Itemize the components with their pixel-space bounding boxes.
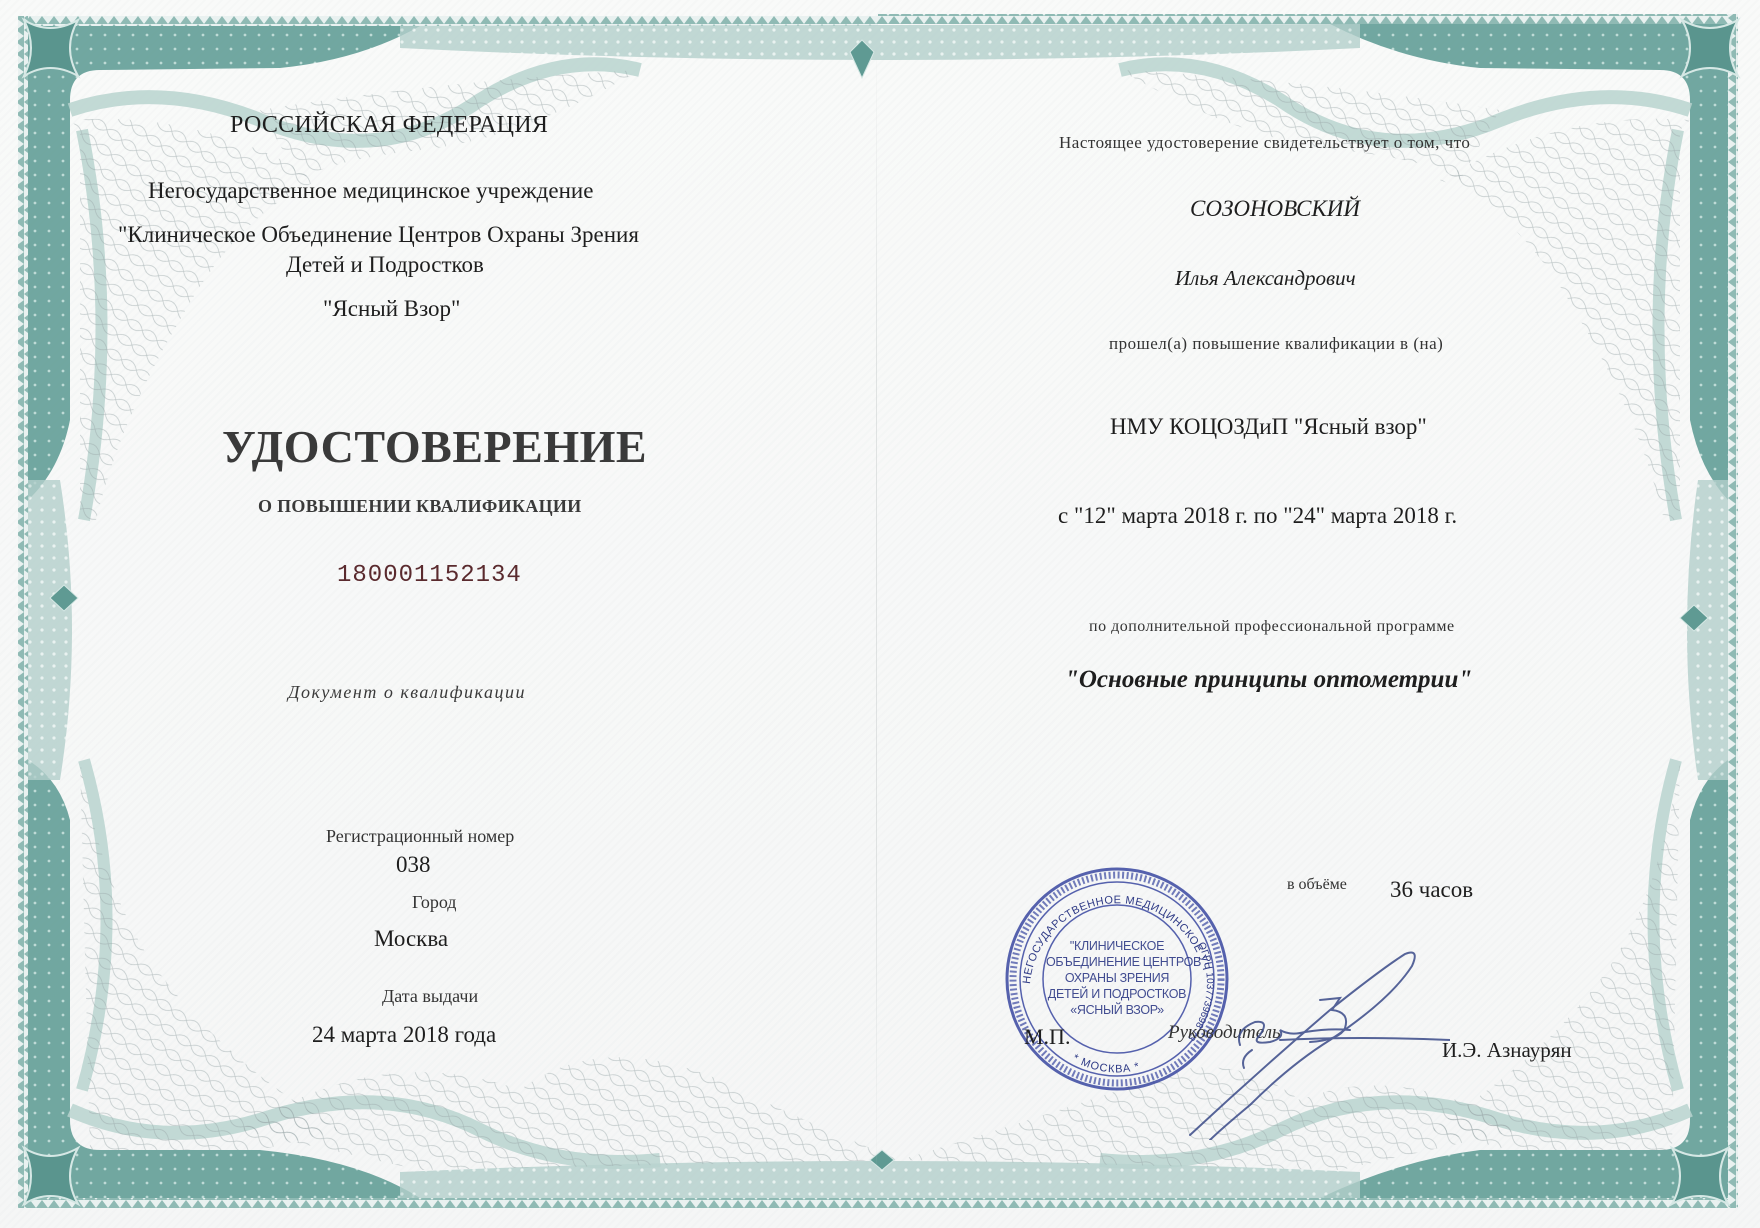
training-period: с "12" марта 2018 г. по "24" марта 2018 … [1058, 503, 1457, 529]
organization-line-3: Детей и Подростков [286, 252, 484, 278]
svg-text:* МОСКВА *: * МОСКВА * [1070, 1052, 1141, 1075]
stamp-line: «ЯСНЫЙ ВЗОР» [1046, 1002, 1188, 1018]
seal-place-label: М.П. [1024, 1024, 1070, 1050]
organization-line-2: "Клиническое Объединение Центров Охраны … [118, 222, 639, 248]
passed-training-text: прошел(а) повышение квалификации в (на) [1109, 334, 1443, 354]
stamp-line: ОХРАНЫ ЗРЕНИЯ [1046, 970, 1188, 986]
certification-intro: Настоящее удостоверение свидетельствует … [1059, 133, 1470, 153]
training-institution: НМУ КОЦОЗДиП "Ясный взор" [1110, 414, 1427, 440]
organization-line-4: "Ясный Взор" [323, 296, 460, 322]
volume-label: в объёме [1287, 876, 1347, 894]
program-name: "Основные принципы оптометрии" [1065, 666, 1472, 694]
stamp-line: "КЛИНИЧЕСКОЕ [1046, 938, 1188, 954]
country-heading: РОССИЙСКАЯ ФЕДЕРАЦИЯ [230, 112, 548, 139]
program-label: по дополнительной профессиональной прогр… [1089, 618, 1455, 636]
registration-number-value: 038 [396, 852, 431, 878]
city-label: Город [412, 892, 456, 913]
issue-date-label: Дата выдачи [382, 986, 478, 1007]
registration-number-label: Регистрационный номер [326, 826, 514, 847]
city-value: Москва [374, 926, 448, 952]
issue-date-value: 24 марта 2018 года [312, 1022, 496, 1048]
organization-line-1: Негосударственное медицинское учреждение [148, 178, 593, 204]
certificate-sheet: РОССИЙСКАЯ ФЕДЕРАЦИЯ Негосударственное м… [0, 0, 1760, 1228]
head-name: И.Э. Азнаурян [1442, 1038, 1572, 1063]
serial-number: 180001152134 [337, 562, 522, 589]
stamp-line: ОБЪЕДИНЕНИЕ ЦЕНТРОВ [1046, 954, 1188, 970]
stamp-center-text: "КЛИНИЧЕСКОЕ ОБЪЕДИНЕНИЕ ЦЕНТРОВ ОХРАНЫ … [1046, 938, 1188, 1018]
stamp-line: ДЕТЕЙ И ПОДРОСТКОВ [1046, 986, 1188, 1002]
holder-surname: СОЗОНОВСКИЙ [1190, 196, 1360, 222]
volume-value: 36 часов [1390, 877, 1473, 903]
document-kind: Документ о квалификации [288, 682, 526, 703]
document-subtitle: О ПОВЫШЕНИИ КВАЛИФИКАЦИИ [258, 496, 582, 517]
fold-line [876, 20, 877, 1210]
holder-given-names: Илья Александрович [1175, 266, 1356, 291]
stamp-ring-bottom-text: * МОСКВА * [1070, 1052, 1141, 1075]
document-title: УДОСТОВЕРЕНИЕ [222, 420, 647, 473]
signature-icon [1180, 940, 1450, 1140]
